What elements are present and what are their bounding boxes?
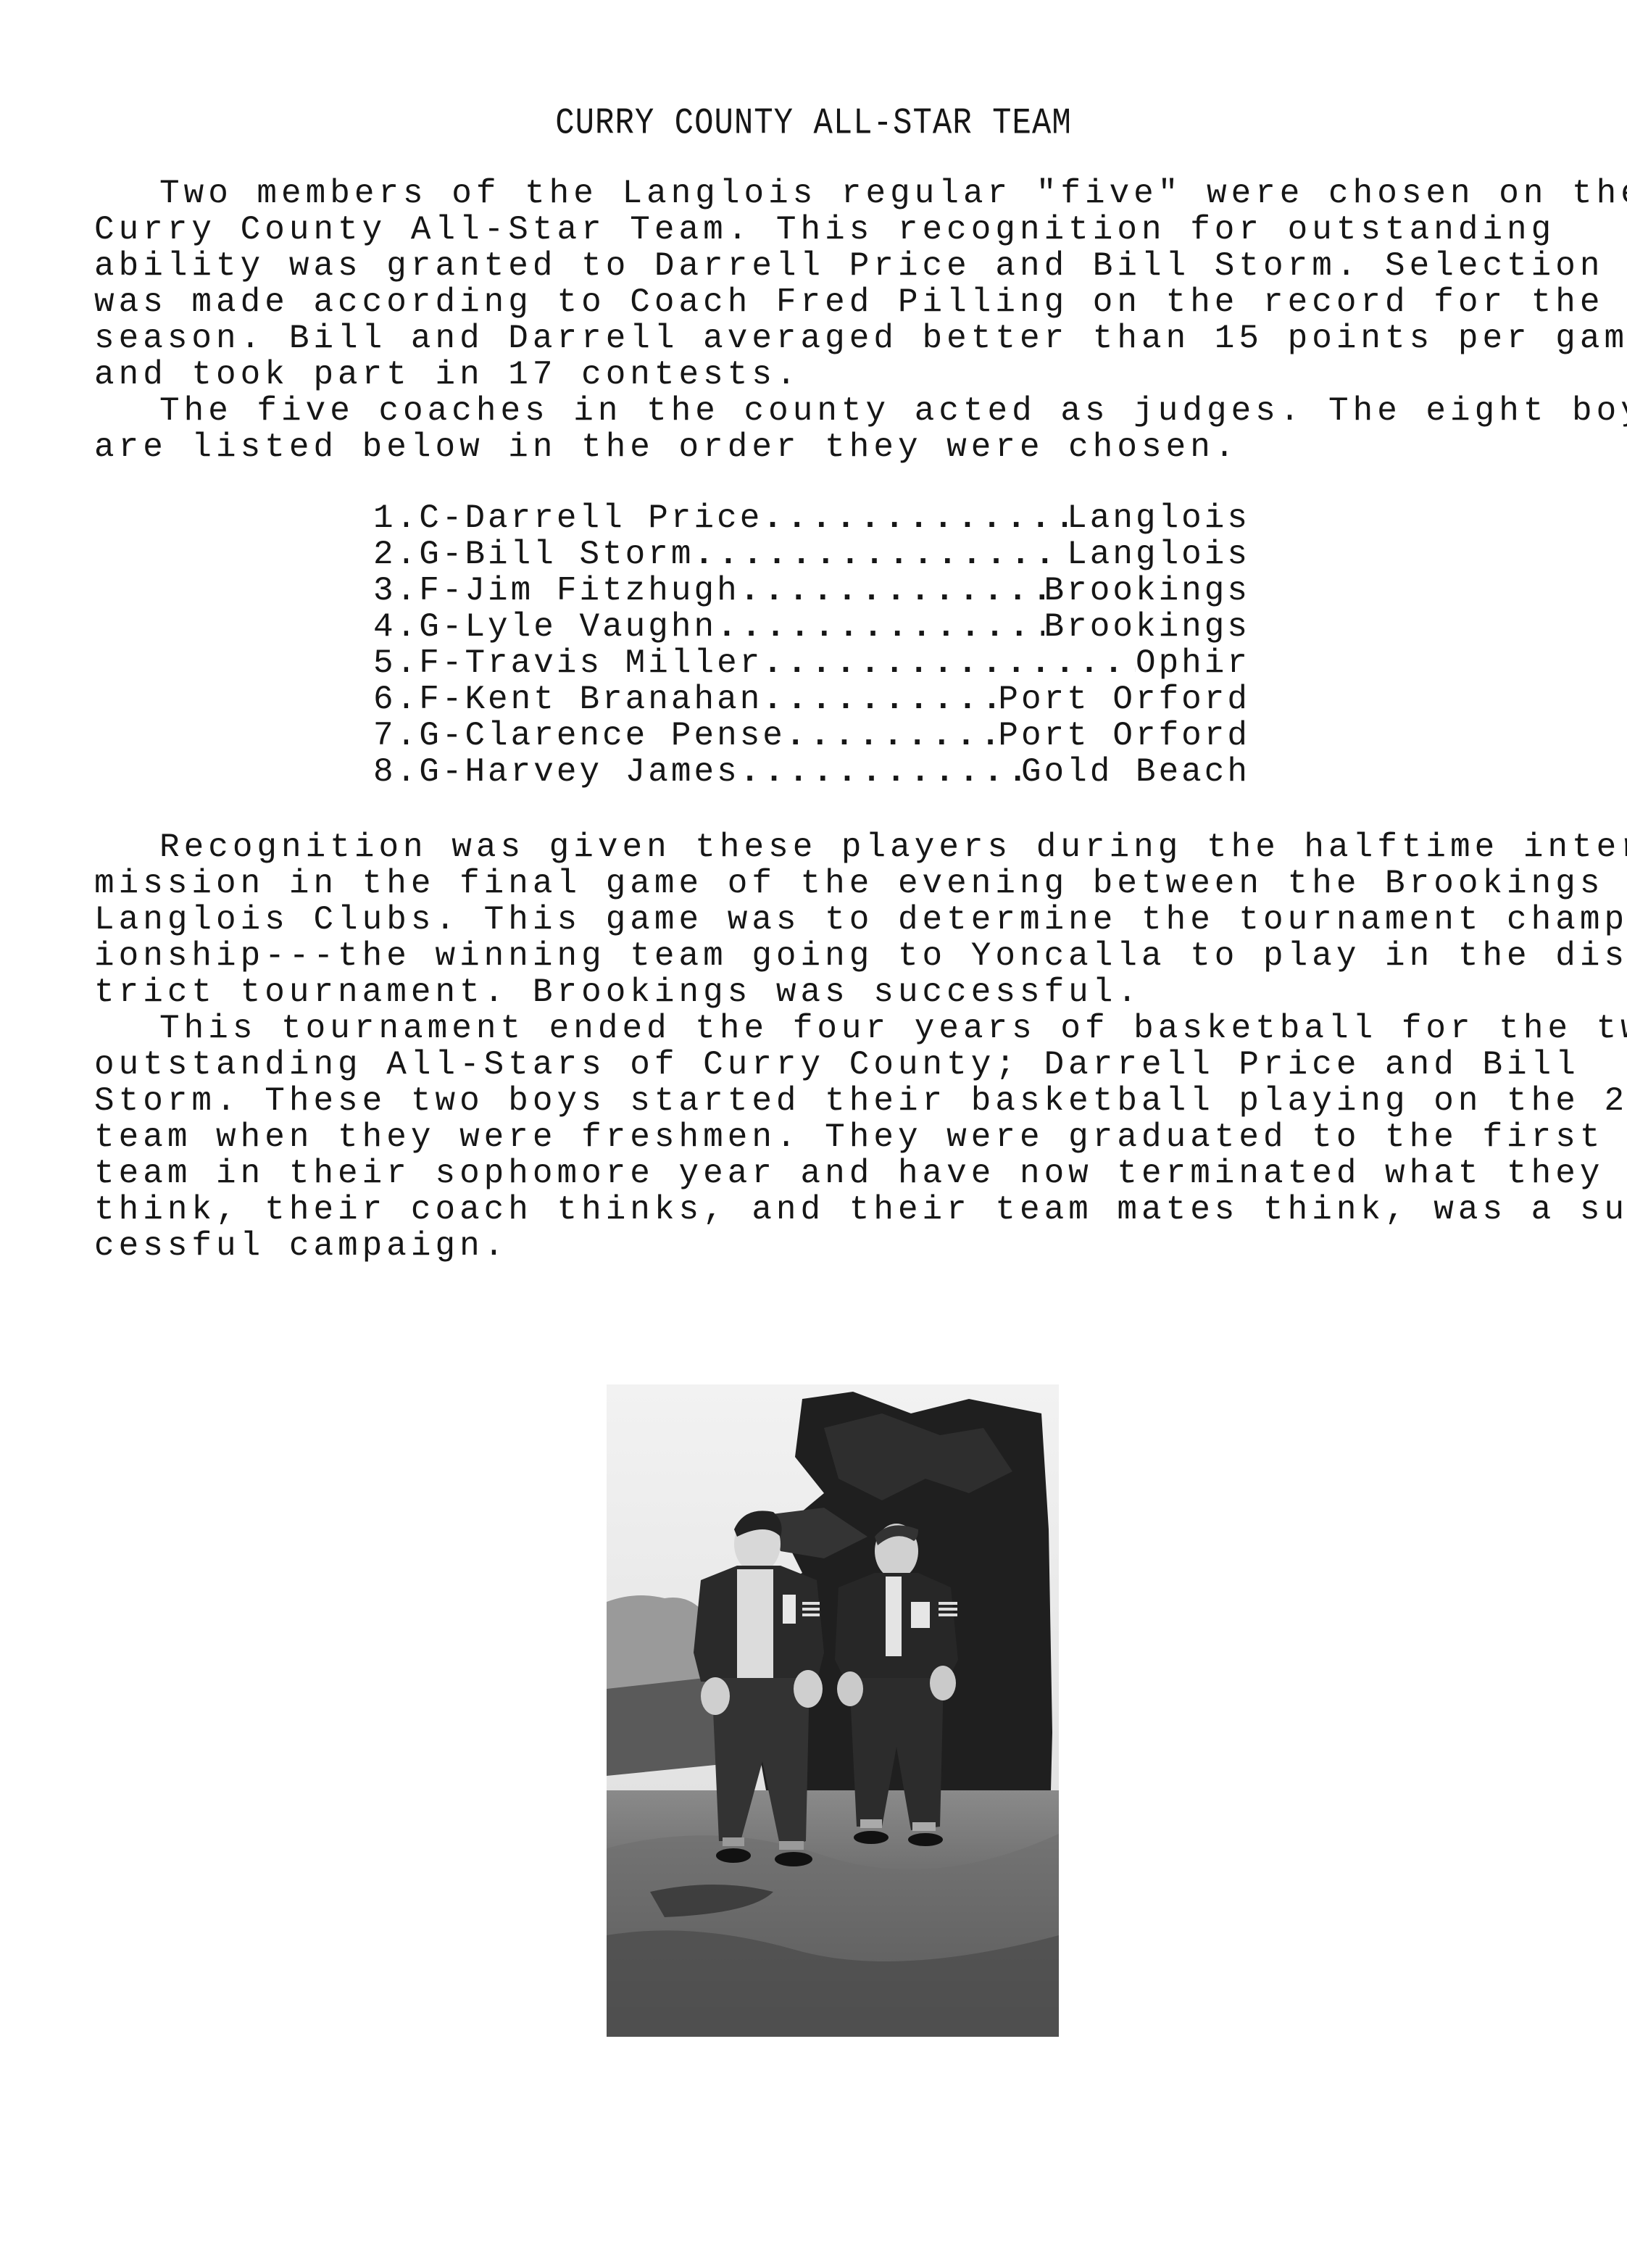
paragraph-recognition: Recognition was given these players duri…	[94, 829, 1529, 1010]
dot-leader	[786, 718, 998, 754]
roster-row: 6. F- Kent Branahan Port Orford	[373, 681, 1250, 718]
text-line: think, their coach thinks, and their tea…	[94, 1192, 1529, 1228]
roster-name: Jim Fitzhugh	[465, 573, 739, 609]
roster-rank: 2.	[373, 536, 419, 573]
roster-rank: 5.	[373, 645, 419, 681]
roster-position: F-	[419, 681, 465, 718]
dot-leader	[717, 609, 1044, 645]
roster-name: Darrell Price	[465, 500, 762, 536]
roster-school: Port Orford	[998, 718, 1250, 754]
text-line: Recognition was given these players duri…	[94, 829, 1529, 865]
roster-school: Brookings	[1044, 609, 1250, 645]
roster-position: G-	[419, 609, 465, 645]
dot-leader	[762, 681, 998, 718]
text-line: team when they were freshmen. They were …	[94, 1119, 1529, 1155]
roster-name: Lyle Vaughn	[465, 609, 717, 645]
roster-rank: 3.	[373, 573, 419, 609]
roster-position: G-	[419, 718, 465, 754]
roster-school: Ophir	[1136, 645, 1250, 681]
roster-position: F-	[419, 645, 465, 681]
text-line: This tournament ended the four years of …	[94, 1010, 1529, 1047]
roster-school: Langlois	[1067, 536, 1250, 573]
paragraph-selection: Two members of the Langlois regular "fiv…	[94, 175, 1529, 393]
text-line: outstanding All-Stars of Curry County; D…	[94, 1047, 1529, 1083]
roster-position: G-	[419, 754, 465, 790]
roster-rank: 6.	[373, 681, 419, 718]
roster-rank: 7.	[373, 718, 419, 754]
paragraph-career: This tournament ended the four years of …	[94, 1010, 1529, 1264]
photo-illustration	[607, 1384, 1059, 2037]
roster-rank: 1.	[373, 500, 419, 536]
roster-row: 7. G- Clarence Pense Port Orford	[373, 718, 1250, 754]
roster-row: 5. F- Travis Miller Ophir	[373, 645, 1250, 681]
page-title: CURRY COUNTY ALL-STAR TEAM	[0, 103, 1627, 145]
roster-name: Harvey James	[465, 754, 739, 790]
roster-school: Port Orford	[998, 681, 1250, 718]
text-line: Storm. These two boys started their bask…	[94, 1083, 1529, 1119]
roster-name: Clarence Pense	[465, 718, 785, 754]
roster-name: Kent Branahan	[465, 681, 762, 718]
roster-row: 1. C- Darrell Price Langlois	[373, 500, 1250, 536]
roster-name: Bill Storm	[465, 536, 694, 573]
text-line: ionship---the winning team going to Yonc…	[94, 938, 1529, 974]
roster-name: Travis Miller	[465, 645, 762, 681]
roster-school: Gold Beach	[1021, 754, 1250, 790]
paragraph-judges: The five coaches in the county acted as …	[94, 393, 1529, 465]
text-line: The five coaches in the county acted as …	[94, 393, 1529, 429]
text-line: trict tournament. Brookings was successf…	[94, 974, 1529, 1010]
roster-row: 4. G- Lyle Vaughn Brookings	[373, 609, 1250, 645]
text-line: are listed below in the order they were …	[94, 429, 1529, 465]
text-line: was made according to Coach Fred Pilling…	[94, 284, 1529, 320]
roster-position: F-	[419, 573, 465, 609]
text-line: mission in the final game of the evening…	[94, 865, 1529, 902]
text-line: cessful campaign.	[94, 1228, 1529, 1264]
text-line: ability was granted to Darrell Price and…	[94, 248, 1529, 284]
roster-rank: 8.	[373, 754, 419, 790]
text-line: Langlois Clubs. This game was to determi…	[94, 902, 1529, 938]
text-line: and took part in 17 contests.	[94, 357, 1529, 393]
text-line: team in their sophomore year and have no…	[94, 1155, 1529, 1192]
roster-row: 8. G- Harvey James Gold Beach	[373, 754, 1250, 790]
text-line: Curry County All-Star Team. This recogni…	[94, 212, 1529, 248]
roster-row: 2. G- Bill Storm Langlois	[373, 536, 1250, 573]
roster-rank: 4.	[373, 609, 419, 645]
dot-leader	[740, 754, 1021, 790]
dot-leader	[762, 500, 1067, 536]
dot-leader	[740, 573, 1044, 609]
roster-position: G-	[419, 536, 465, 573]
roster-school: Langlois	[1067, 500, 1250, 536]
text-line: Two members of the Langlois regular "fiv…	[94, 175, 1529, 212]
text-line: season. Bill and Darrell averaged better…	[94, 320, 1529, 357]
team-photo	[607, 1384, 1059, 2037]
roster-row: 3. F- Jim Fitzhugh Brookings	[373, 573, 1250, 609]
dot-leader	[762, 645, 1136, 681]
roster-position: C-	[419, 500, 465, 536]
dot-leader	[694, 536, 1067, 573]
roster-school: Brookings	[1044, 573, 1250, 609]
all-star-roster: 1. C- Darrell Price Langlois 2. G- Bill …	[373, 500, 1250, 790]
